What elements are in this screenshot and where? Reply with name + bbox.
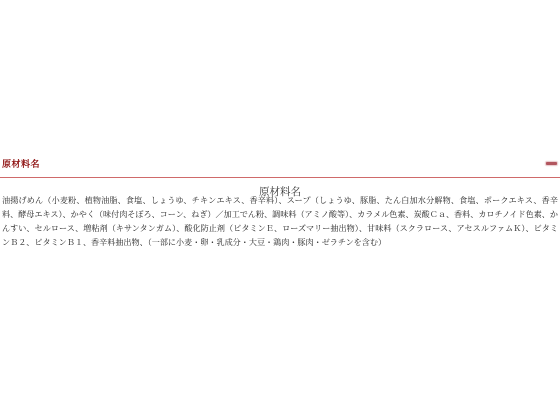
ingredients-section-header[interactable]: 原材料名 [0, 154, 560, 178]
collapse-minus-icon[interactable] [546, 162, 557, 165]
ingredients-section-label: 原材料名 [2, 157, 40, 170]
section-divider [0, 177, 560, 178]
ingredients-text: 油揚げめん（小麦粉、植物油脂、食塩、しょうゆ、チキンエキス、香辛料）、スープ（し… [2, 194, 558, 250]
page: 原材料名 原材料名 油揚げめん（小麦粉、植物油脂、食塩、しょうゆ、チキンエキス、… [0, 0, 560, 420]
